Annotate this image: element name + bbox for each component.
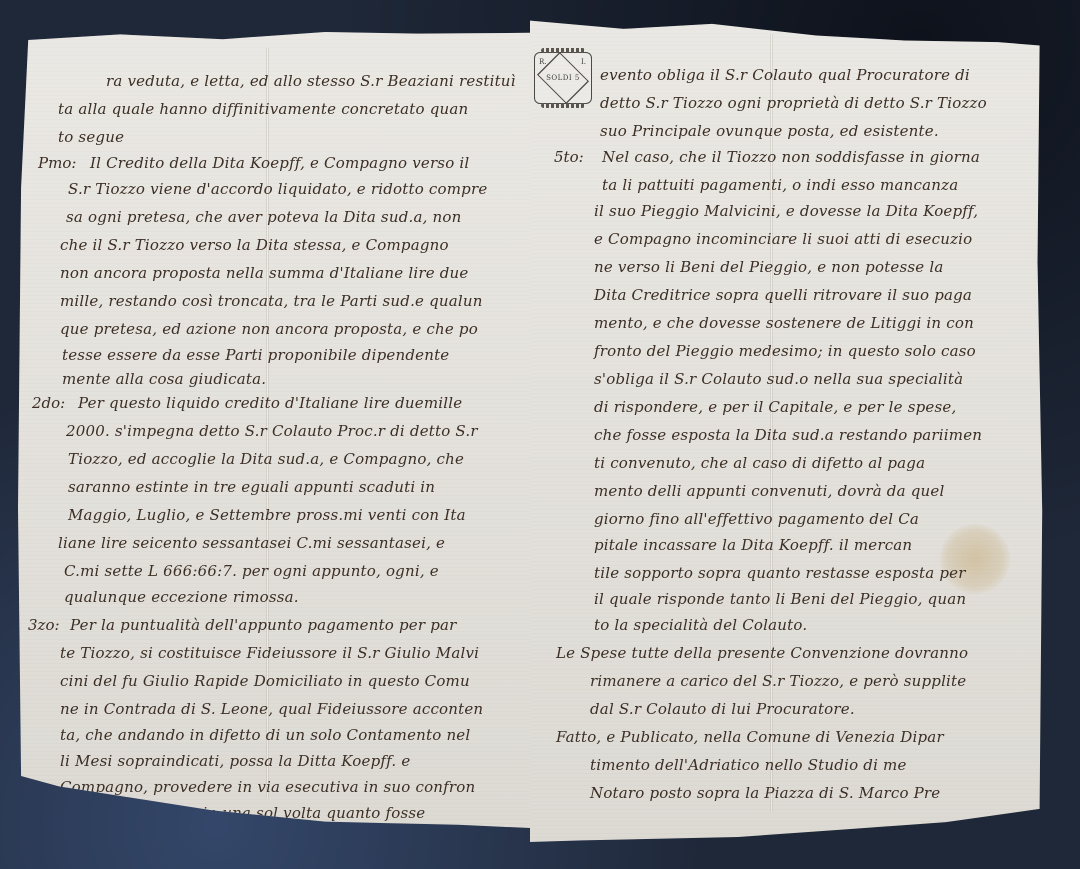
text-line: dal S.r Colauto di lui Procuratore.	[590, 700, 855, 718]
text-line: mille, restando così troncata, tra le Pa…	[60, 292, 483, 310]
text-line: pitale incassare la Dita Koepff. il merc…	[594, 536, 912, 554]
text-line: Per questo liquido credito d'Italiane li…	[78, 394, 462, 412]
text-line: te Tiozzo, si costituisce Fideiussore il…	[60, 644, 479, 662]
text-line: Notaro posto sopra la Piazza di S. Marco…	[590, 784, 940, 802]
text-line: to per conseguire in una sol volta quant…	[60, 804, 425, 822]
text-line: suo Principale ovunque posta, ed esisten…	[600, 122, 939, 140]
stamp-value: SOLDI 5	[546, 74, 580, 82]
section-marker-1: Pmo:	[38, 154, 76, 172]
text-line: Le Spese tutte della presente Convenzion…	[556, 644, 968, 662]
water-stain	[940, 524, 1010, 594]
text-line: il quale risponde tanto li Beni del Pieg…	[594, 590, 966, 608]
text-line: tile sopporto sopra quanto restasse espo…	[594, 564, 966, 582]
text-line: S.r Tiozzo viene d'accordo liquidato, e …	[68, 180, 487, 198]
text-line: Compagno, provedere in via esecutiva in …	[60, 778, 475, 796]
text-line: timento dell'Adriatico nello Studio di m…	[590, 756, 907, 774]
text-line: Maggio, Luglio, e Settembre pross.mi ven…	[68, 506, 466, 524]
text-line: Tiozzo, ed accoglie la Dita sud.a, e Com…	[68, 450, 464, 468]
section-marker-2: 2do:	[32, 394, 65, 412]
text-line: Dita Creditrice sopra quelli ritrovare i…	[594, 286, 972, 304]
text-line: Nel caso, che il Tiozzo non soddisfasse …	[602, 148, 980, 166]
text-line: il suo Pieggio Malvicini, e dovesse la D…	[594, 202, 978, 220]
text-line: ne in Contrada di S. Leone, qual Fideius…	[60, 700, 483, 718]
text-line: ti convenuto, che al caso di difetto al …	[594, 454, 925, 472]
section-marker-3: 3zo:	[28, 616, 60, 634]
text-line: Il Credito della Dita Koepff, e Compagno…	[90, 154, 469, 172]
text-line: detto S.r Tiozzo ogni proprietà di detto…	[600, 94, 987, 112]
text-line: mento, e che dovesse sostenere de Litigg…	[594, 314, 974, 332]
text-line: ta li pattuiti pagamenti, o indi esso ma…	[602, 176, 958, 194]
text-line: evento obliga il S.r Colauto qual Procur…	[600, 66, 970, 84]
text-line: e Compagno incominciare li suoi atti di …	[594, 230, 972, 248]
text-line: sa ogni pretesa, che aver poteva la Dita…	[66, 208, 462, 226]
text-line: ne verso li Beni del Pieggio, e non pote…	[594, 258, 943, 276]
text-line: 2000. s'impegna detto S.r Colauto Proc.r…	[66, 422, 478, 440]
text-line: qualunque eccezione rimossa.	[64, 588, 299, 606]
stamp-letter-i: I.	[581, 58, 586, 66]
text-line: Fatto, e Publicato, nella Comune di Vene…	[556, 728, 944, 746]
section-marker-5: 5to:	[554, 148, 584, 166]
text-line: ra veduta, e letta, ed allo stesso S.r B…	[106, 72, 516, 90]
text-line: liane lire seicento sessantasei C.mi ses…	[58, 534, 445, 552]
text-line: Per la puntualità dell'appunto pagamento…	[70, 616, 457, 634]
text-line: saranno estinte in tre eguali appunti sc…	[68, 478, 435, 496]
text-line: non ancora proposta nella summa d'Italia…	[60, 264, 468, 282]
text-line: ta alla quale hanno diffinitivamente con…	[58, 100, 468, 118]
text-line: tesse essere da esse Parti proponibile d…	[62, 346, 449, 364]
stamp-letter-r: R.	[539, 58, 547, 66]
tax-stamp-seal: R. I. SOLDI 5	[534, 52, 592, 104]
text-line: li Mesi sopraindicati, possa la Ditta Ko…	[60, 752, 410, 770]
text-line: cini del fu Giulio Rapide Domiciliato in…	[60, 672, 470, 690]
text-line: s'obliga il S.r Colauto sud.o nella sua …	[594, 370, 963, 388]
text-line: che il S.r Tiozzo verso la Dita stessa, …	[60, 236, 449, 254]
text-line: que pretesa, ed azione non ancora propos…	[60, 320, 478, 338]
text-line: che fosse esposta la Dita sud.a restando…	[594, 426, 982, 444]
right-page: R. I. SOLDI 5 evento obliga il S.r Colau…	[530, 14, 1050, 842]
left-page: ra veduta, e letta, ed allo stesso S.r B…	[18, 28, 530, 828]
text-line: rimanere a carico del S.r Tiozzo, e però…	[590, 672, 966, 690]
text-line: mente alla cosa giudicata.	[62, 370, 266, 388]
text-line: to segue	[58, 128, 124, 146]
text-line: to la specialità del Colauto.	[594, 616, 807, 634]
text-line: fronto del Pieggio medesimo; in questo s…	[594, 342, 976, 360]
manuscript-spread: ra veduta, e letta, ed allo stesso S.r B…	[0, 0, 1080, 869]
text-line: ta, che andando in difetto di un solo Co…	[60, 726, 470, 744]
text-line: C.mi sette L 666:66:7. per ogni appunto,…	[64, 562, 439, 580]
text-line: mento delli appunti convenuti, dovrà da …	[594, 482, 944, 500]
text-line: giorno fino all'effettivo pagamento del …	[594, 510, 919, 528]
text-line: di rispondere, e per il Capitale, e per …	[594, 398, 956, 416]
